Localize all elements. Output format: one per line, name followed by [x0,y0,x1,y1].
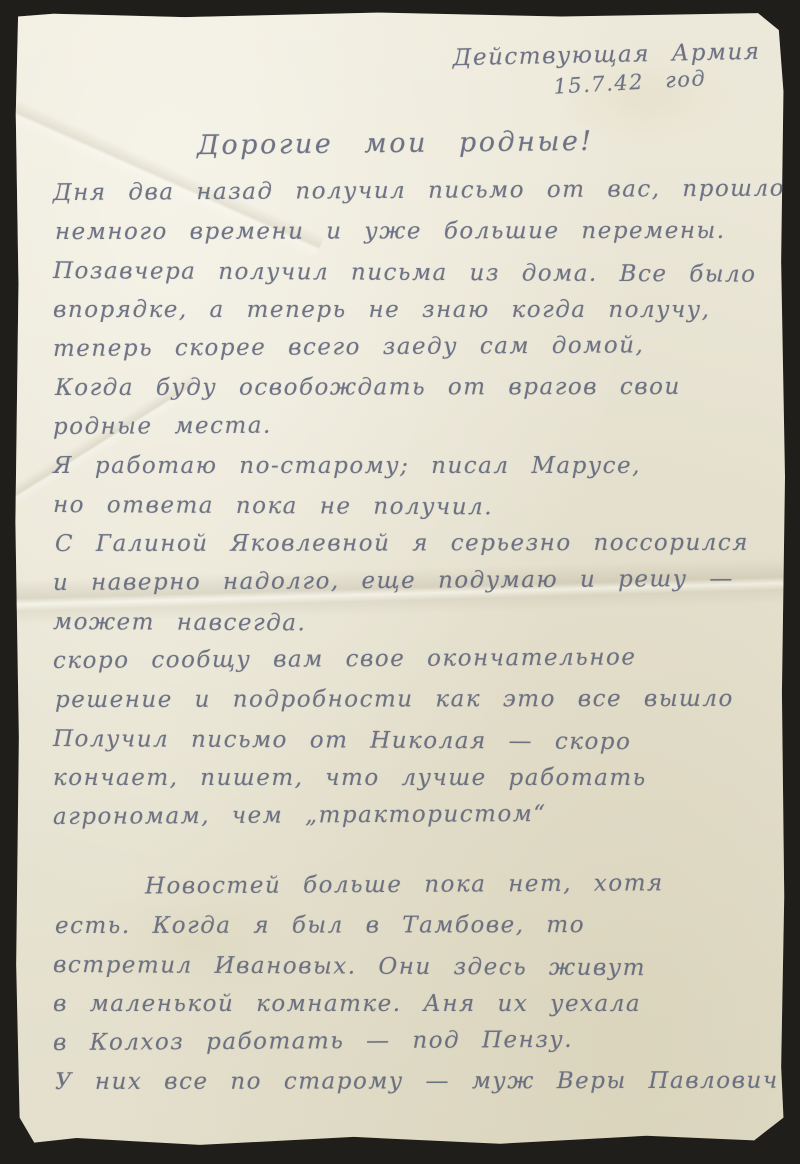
letter-line: Я работаю по-старому; писал Марусе, [53,453,785,492]
letter-line: но ответа пока не получил. [53,492,785,535]
header-date-line: 15.7.42 год [553,63,762,99]
letter-body-paragraph-1: Дня два назад получил письмо от вас, про… [53,180,785,843]
letter-line: агрономам, чем „трактористом“ [53,799,785,843]
letter-line: в маленькой комнатке. Аня их уехала [53,991,785,1030]
letter-line: решение и подробности как это все вышло [55,686,785,726]
letter-line: впорядке, а теперь не знаю когда получу, [53,297,785,336]
letter-line: Получил письмо от Николая — скоро [53,726,785,769]
letter-line: кончает, пишет, что лучше работать [53,765,785,804]
letter-line: Когда буду освобождать от врагов свои [55,374,785,414]
letter-line: есть. Когда я был в Тамбове, то [55,912,785,952]
letter-body-paragraph-2: Новостей больше пока нет, хотя есть. Ког… [53,874,785,1108]
letter-line: скоро сообщу вам свое окончательное [53,643,785,687]
letter-line: родные места. [53,409,785,453]
letter-line: С Галиной Яковлевной я серьезно поссорил… [55,530,785,570]
letter-paper: Действующая Армия 15.7.42 год Дорогие мо… [15,12,785,1146]
letter-header: Действующая Армия 15.7.42 год [452,39,761,97]
letter-line: Дня два назад получил письмо от вас, про… [53,175,785,219]
letter-line: встретил Ивановых. Они здесь живут [53,952,785,995]
letter-line: немного времени и уже большие перемены. [55,218,785,258]
letter-line: Новостей больше пока нет, хотя [53,869,785,913]
letter-line: в Колхоз работать — под Пензу. [53,1025,785,1069]
letter-greeting: Дорогие мои родные! [197,126,594,161]
letter-line: теперь скорее всего заеду сам домой, [53,331,785,375]
letter-line: Позавчера получил письма из дома. Все бы… [53,258,785,301]
photo-backdrop: Действующая Армия 15.7.42 год Дорогие мо… [0,0,800,1164]
letter-line: У них все по старому — муж Веры Павлович [55,1068,785,1108]
letter-line: и наверно надолго, еще подумаю и решу — [53,565,785,609]
